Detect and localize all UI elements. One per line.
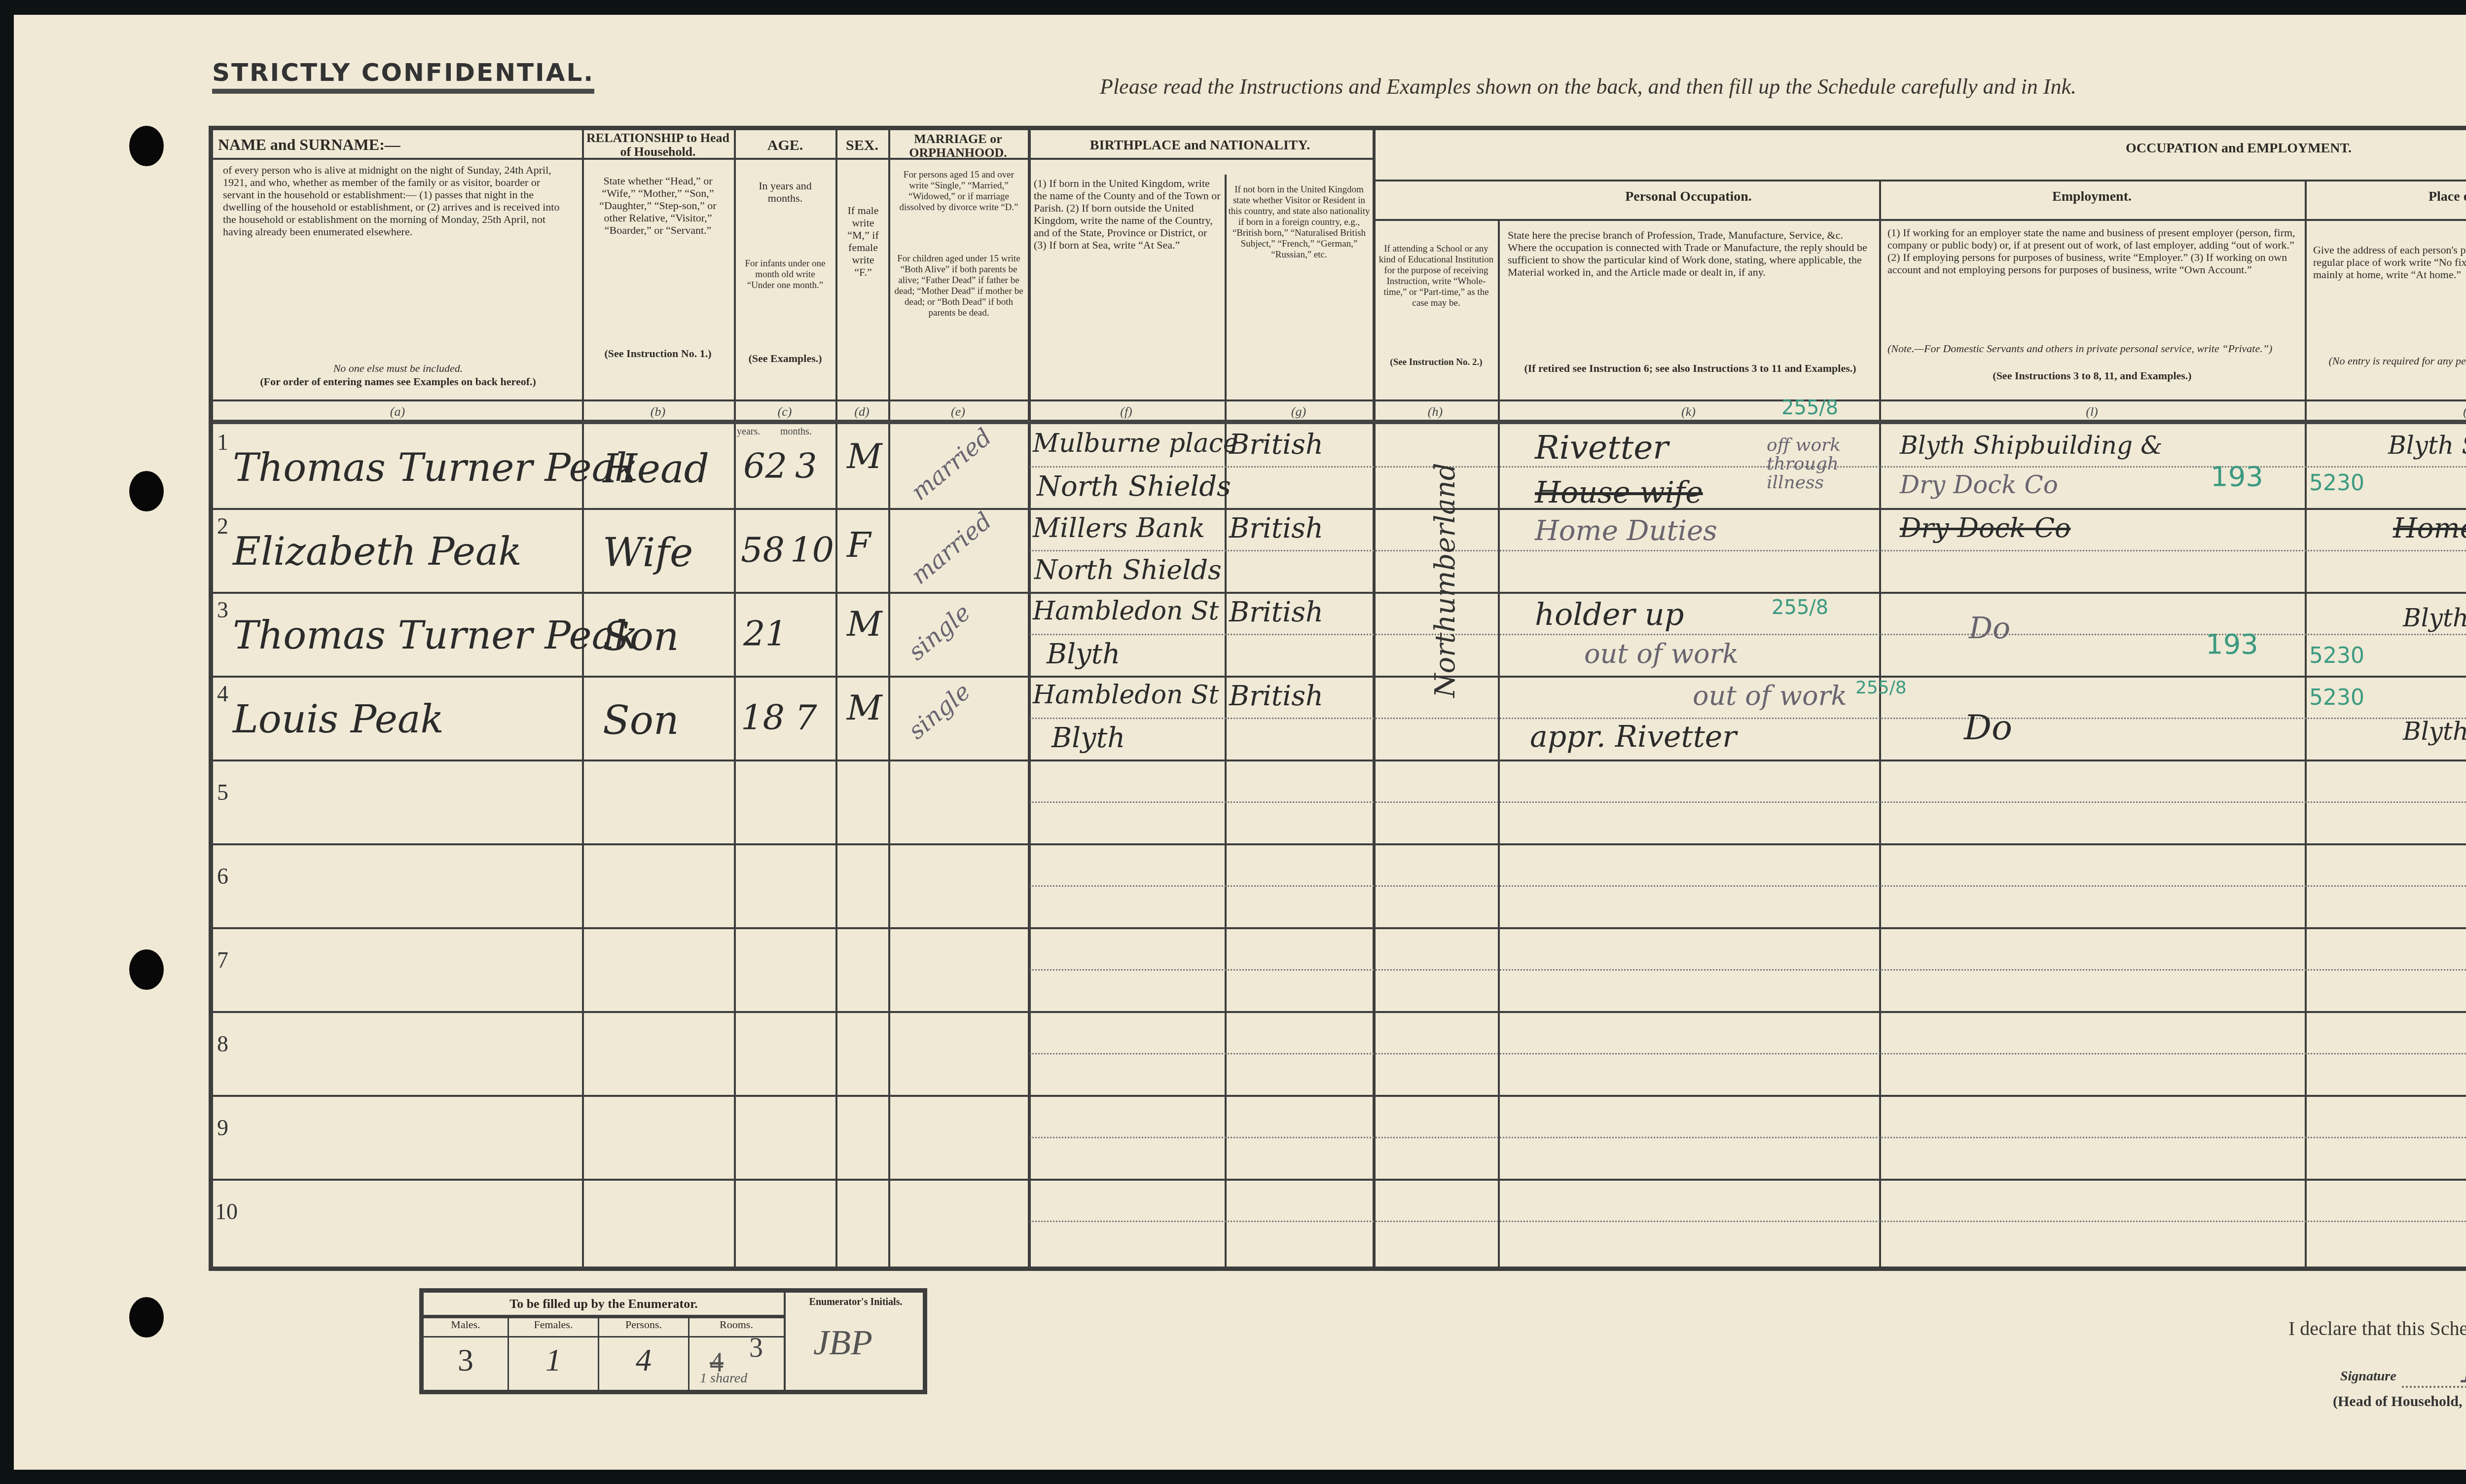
personal-occupation-struck: House wife: [1535, 475, 1703, 510]
place-of-work: Blyth Shipyard: [2403, 604, 2466, 632]
person-sex: M: [847, 436, 882, 476]
birthplace-line-1: Millers Bank: [1033, 512, 1205, 543]
enumerator-summary-box: To be filled up by the Enumerator. Enume…: [419, 1288, 927, 1394]
person-age-years: 21: [743, 614, 787, 654]
rooms-label: Rooms.: [689, 1318, 783, 1331]
relationship-column-note: (See Instruction No. 1.): [589, 347, 727, 360]
punch-hole: [129, 1297, 164, 1338]
employer-line-1: Do: [1964, 707, 2012, 748]
row-number: 10: [215, 1198, 238, 1225]
birthplace-line-2: North Shields: [1037, 471, 1231, 503]
education-column-instructions: If attending a School or any kind of Edu…: [1377, 244, 1495, 309]
declaration-text: I declare that this Schedule is correctl…: [2288, 1317, 2466, 1340]
employer-line-2: Dry Dock Co: [1900, 471, 2058, 499]
enumerator-initials-label: Enumerator's Initials.: [789, 1297, 923, 1308]
signature-line: [2402, 1386, 2466, 1388]
marriage-column-children: For children aged under 15 write “Both A…: [893, 253, 1025, 319]
row-number: 9: [217, 1115, 228, 1141]
column-letter-e: (e): [888, 404, 1028, 419]
person-name: Thomas Turner Peak: [233, 614, 638, 658]
females-label: Females.: [509, 1318, 598, 1331]
person-marital-status: married: [906, 423, 997, 506]
person-sex: M: [847, 688, 882, 728]
birthplace-column-title: BIRTHPLACE and NATIONALITY.: [1030, 137, 1370, 154]
place-of-work: Home: [2393, 512, 2466, 544]
occupation-group-title: OCCUPATION and EMPLOYMENT.: [1376, 140, 2466, 157]
person-name: Elizabeth Peak: [233, 530, 522, 574]
name-column-order-note: (For order of entering names see Example…: [223, 375, 573, 388]
person-relationship: Head: [603, 446, 709, 492]
personal-occupation: Home Duties: [1535, 515, 1717, 547]
birthplace-line-2: Blyth: [1047, 638, 1120, 670]
row-number: 3: [217, 597, 228, 623]
column-letter-a: (a): [213, 404, 582, 419]
employer-line-1: Dry Dock Co: [1900, 512, 2071, 543]
person-age-months: 7: [795, 697, 817, 738]
males-label: Males.: [424, 1318, 508, 1331]
place-of-work: Blyth Shipyard: [2403, 717, 2466, 746]
personal-occupation: holder up: [1535, 596, 1684, 632]
personal-occupation: appr. Rivetter: [1530, 720, 1737, 754]
punch-hole: [129, 126, 164, 166]
enumerator-summary-title: To be filled up by the Enumerator.: [424, 1293, 784, 1318]
industry-code: 193: [2211, 461, 2263, 493]
place-code: 5230: [2309, 685, 2364, 710]
county-note: Northumberland: [1429, 463, 1461, 697]
person-marital-status: married: [906, 507, 997, 590]
personal-occupation-instructions: State here the precise branch of Profess…: [1508, 229, 1873, 278]
birthplace-line-1: Hambledon St: [1033, 596, 1219, 626]
person-marital-status: single: [903, 599, 976, 666]
employer-line-1: Do: [1969, 611, 2010, 646]
column-letter-d: (d): [835, 404, 888, 419]
person-sex: M: [847, 604, 882, 644]
person-age-years: 62: [743, 446, 787, 486]
employment-column-instructions: (1) If working for an employer state the…: [1887, 226, 2297, 276]
rooms-note: 1 shared: [700, 1371, 747, 1386]
persons-count: 4: [599, 1342, 688, 1378]
person-age-years: 18: [741, 697, 785, 738]
person-sex: F: [847, 525, 871, 565]
person-marital-status: single: [903, 678, 976, 745]
row-number: 7: [217, 947, 228, 973]
place-of-work-title: Place of Work.: [2307, 188, 2466, 205]
confidential-heading: STRICTLY CONFIDENTIAL.: [212, 58, 594, 94]
occupation-code: 255/8: [1772, 596, 1828, 619]
row-number: 1: [217, 429, 228, 455]
age-column-infants: For infants under one month old write “U…: [741, 258, 830, 291]
birthplace-line-1: Hambledon St: [1033, 680, 1219, 710]
females-count: 1: [509, 1342, 598, 1378]
row-number: 2: [217, 513, 228, 539]
column-letter-m: (m): [2305, 404, 2466, 419]
birthplace-line-2: Blyth: [1052, 722, 1125, 754]
persons-label: Persons.: [599, 1318, 688, 1331]
nationality-column-instructions: If not born in the United Kingdom state …: [1228, 184, 1370, 260]
column-letter-c: (c): [734, 404, 835, 419]
industry-code: 193: [2206, 628, 2258, 660]
punch-hole: [129, 471, 164, 511]
place-code: 5230: [2309, 471, 2364, 496]
column-letter-f: (f): [1028, 404, 1225, 419]
nationality: British: [1229, 512, 1323, 544]
employment-column-private-note: (Note.—For Domestic Servants and others …: [1887, 342, 2297, 355]
age-years-label: years.: [737, 426, 760, 437]
marriage-column-instructions: For persons aged 15 and over write “Sing…: [893, 170, 1025, 213]
name-column-instructions: of every person who is alive at midnight…: [223, 164, 573, 238]
column-letter-b: (b): [582, 404, 734, 419]
age-months-label: months.: [780, 426, 812, 437]
occupation-note: off work through illness: [1767, 436, 1875, 492]
instructions-line: Please read the Instructions and Example…: [1100, 74, 2076, 99]
place-code: 5230: [2309, 643, 2364, 668]
person-age-years: 58: [741, 530, 785, 570]
nationality: British: [1229, 596, 1323, 628]
birthplace-line-1: Mulburne place: [1033, 429, 1238, 458]
occupation-note: out of work: [1584, 638, 1739, 669]
personal-occupation-title: Personal Occupation.: [1500, 188, 1877, 205]
relationship-column-title: RELATIONSHIP to Head of Household.: [584, 131, 732, 159]
employer-line-1: Blyth Shipbuilding &: [1900, 431, 2162, 460]
enumerator-initials: JBP: [813, 1322, 872, 1363]
place-of-work-instructions: Give the address of each person's place …: [2313, 244, 2466, 281]
person-age-months: 3: [795, 446, 817, 486]
nationality: British: [1229, 429, 1323, 461]
signature-label: Signature: [2340, 1369, 2396, 1384]
household-schedule-table: NAME and SURNAME:— of every person who i…: [209, 126, 2466, 1271]
birthplace-column-instructions: (1) If born in the United Kingdom, write…: [1034, 177, 1221, 251]
name-column-note: No one else must be included.: [223, 362, 573, 374]
age-column-note: (See Examples.): [741, 352, 830, 364]
marriage-column-title: MARRIAGE or ORPHANHOOD.: [890, 132, 1026, 160]
row-number: 4: [217, 681, 228, 707]
employment-column-note: (See Instructions 3 to 8, 11, and Exampl…: [1887, 369, 2297, 382]
row-number: 6: [217, 863, 228, 889]
employment-column-title: Employment.: [1881, 188, 2303, 205]
males-count: 3: [424, 1342, 508, 1378]
age-column-title: AGE.: [736, 137, 834, 154]
person-name: Thomas Turner Peak: [233, 446, 638, 490]
relationship-column-instructions: State whether “Head,” or “Wife,” “Mother…: [589, 175, 727, 236]
sex-column-title: SEX.: [837, 137, 887, 154]
nationality: British: [1229, 680, 1323, 712]
age-column-instructions: In years and months.: [741, 180, 830, 204]
name-column-title: NAME and SURNAME:—: [218, 136, 578, 153]
person-relationship: Wife: [603, 530, 693, 576]
row-number: 5: [217, 779, 228, 805]
column-letter-h: (h): [1373, 404, 1498, 419]
personal-occupation: Rivetter: [1535, 429, 1668, 467]
occupation-code: 255/8: [1781, 397, 1838, 419]
personal-occupation-note: (If retired see Instruction 6; see also …: [1508, 362, 1873, 374]
signature-value: Elizabeth Peak: [2461, 1341, 2466, 1393]
column-letter-g: (g): [1225, 404, 1373, 419]
place-of-work: Blyth Shipyard: [2388, 431, 2466, 460]
punch-hole: [129, 949, 164, 990]
person-relationship: Son: [603, 614, 679, 659]
row-number: 8: [217, 1031, 228, 1057]
person-age-months: 10: [790, 530, 834, 570]
birthplace-line-2: North Shields: [1034, 554, 1222, 585]
sex-column-instructions: If male write “M,” if female write “F.”: [842, 204, 884, 278]
place-of-work-note: (No entry is required for any person who…: [2313, 355, 2466, 367]
rooms-count: 3: [749, 1332, 763, 1364]
person-relationship: Son: [603, 697, 679, 743]
occupation-code: 255/8: [1855, 678, 1907, 698]
person-name: Louis Peak: [233, 697, 444, 742]
occupation-note: out of work: [1693, 680, 1847, 711]
signature-note: (Head of Household, Manager of Establish…: [2333, 1393, 2466, 1410]
column-letter-l: (l): [1879, 404, 2305, 419]
education-column-note: (See Instruction No. 2.): [1377, 357, 1495, 368]
